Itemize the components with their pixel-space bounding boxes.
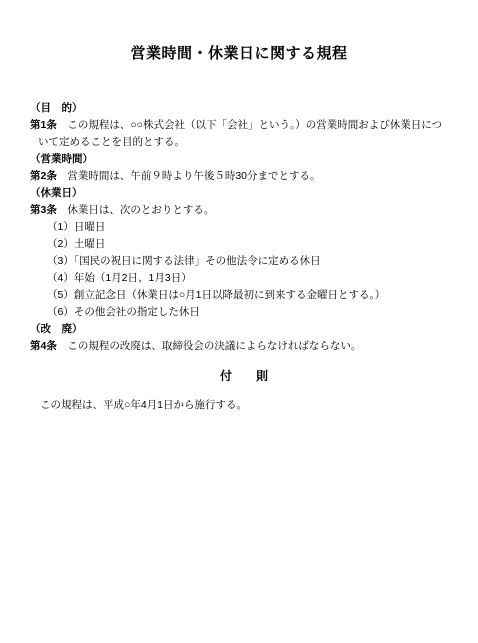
article-number: 第3条 — [30, 204, 57, 216]
holiday-item-2: （2）土曜日 — [30, 236, 458, 253]
line-text: （5）創立記念日（休業日は○月1日以降最初に到来する金曜日とする。） — [47, 289, 385, 301]
section-heading-amendment: （改 廃） — [30, 321, 458, 338]
appendix-enforcement-line: この規程は、平成○年4月1日から施行する。 — [30, 397, 458, 414]
holiday-item-5: （5）創立記念日（休業日は○月1日以降最初に到来する金曜日とする。） — [30, 287, 458, 304]
line-text: 営業時間は、午前９時より午後５時30分までとする。 — [57, 170, 321, 182]
heading-label: （改 廃） — [30, 323, 83, 335]
article-4-line: 第4条 この規程の改廃は、取締役会の決議によらなければならない。 — [30, 338, 458, 355]
line-text: （2）土曜日 — [47, 238, 105, 250]
holiday-item-4: （4）年始（1月2日、1月3日） — [30, 270, 458, 287]
section-heading-holidays: （休業日） — [30, 185, 458, 202]
document-title: 営業時間・休業日に関する規程 — [0, 0, 478, 63]
heading-label: （目 的） — [30, 102, 83, 114]
holiday-item-1: （1）日曜日 — [30, 219, 458, 236]
section-heading-purpose: （目 的） — [30, 100, 458, 117]
regulation-document: 営業時間・休業日に関する規程 （目 的） 第1条 この規程は、○○株式会社（以下… — [0, 0, 478, 643]
document-body: （目 的） 第1条 この規程は、○○株式会社（以下「会社」という。）の営業時間お… — [0, 100, 478, 414]
line-text: この規程は、○○株式会社（以下「会社」という。）の営業時間および休業日につ — [57, 119, 442, 131]
line-text: この規程の改廃は、取締役会の決議によらなければならない。 — [57, 340, 362, 352]
holiday-item-3: （3）「国民の祝日に関する法律」その他法令に定める休日 — [30, 253, 458, 270]
article-1-line: 第1条 この規程は、○○株式会社（以下「会社」という。）の営業時間および休業日に… — [30, 117, 458, 134]
article-number: 第1条 — [30, 119, 57, 131]
article-number: 第2条 — [30, 170, 57, 182]
section-heading-business-hours: （営業時間） — [30, 151, 458, 168]
holiday-item-6: （6）その他会社の指定した休日 — [30, 304, 458, 321]
line-text: （4）年始（1月2日、1月3日） — [47, 272, 192, 284]
appendix-heading: 付 則 — [30, 368, 458, 385]
line-text: 休業日は、次のとおりとする。 — [57, 204, 215, 216]
line-text: （6）その他会社の指定した休日 — [47, 306, 200, 318]
heading-label: （休業日） — [30, 187, 83, 199]
article-1-continuation: いて定めることを目的とする。 — [30, 134, 458, 151]
article-number: 第4条 — [30, 340, 57, 352]
line-text: いて定めることを目的とする。 — [38, 136, 185, 148]
line-text: （1）日曜日 — [47, 221, 105, 233]
heading-label: （営業時間） — [30, 153, 93, 165]
article-3-line: 第3条 休業日は、次のとおりとする。 — [30, 202, 458, 219]
line-text: （3）「国民の祝日に関する法律」その他法令に定める休日 — [47, 255, 321, 267]
article-2-line: 第2条 営業時間は、午前９時より午後５時30分までとする。 — [30, 168, 458, 185]
